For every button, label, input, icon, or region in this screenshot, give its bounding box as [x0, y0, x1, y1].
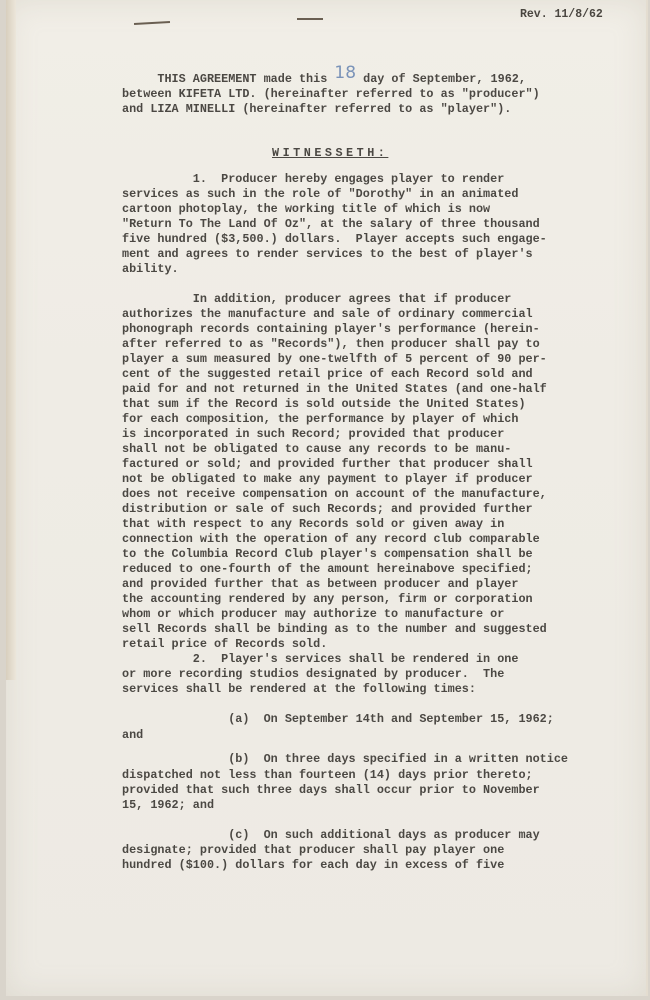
- paragraph-line: that sum if the Record is sold outside t…: [122, 397, 526, 412]
- handwritten-day: 18: [334, 66, 356, 81]
- paragraph-line: ment and agrees to render services to th…: [122, 247, 533, 262]
- paragraph-line: does not receive compensation on account…: [122, 487, 547, 502]
- paragraph-line: provided that such three days shall occu…: [122, 783, 540, 798]
- paragraph-line: "Return To The Land Of Oz", at the salar…: [122, 217, 540, 232]
- paragraph-line: 2. Player's services shall be rendered i…: [122, 652, 518, 667]
- paragraph-line: dispatched not less than fourteen (14) d…: [122, 768, 533, 783]
- paragraph-line: whom or which producer may authorize to …: [122, 607, 504, 622]
- paragraph-line: (c) On such additional days as producer …: [122, 828, 540, 843]
- staple-mark-left: [134, 21, 170, 25]
- paragraph-line: 1. Producer hereby engages player to ren…: [122, 172, 504, 187]
- paragraph-line: 15, 1962; and: [122, 798, 214, 813]
- paragraph-line: after referred to as "Records"), then pr…: [122, 337, 540, 352]
- preamble-line-3: and LIZA MINELLI (hereinafter referred t…: [122, 102, 511, 117]
- witnesseth-heading: WITNESSETH:: [272, 146, 388, 161]
- paragraph-line: is incorporated in such Record; provided…: [122, 427, 504, 442]
- paragraph-line: cartoon photoplay, the working title of …: [122, 202, 490, 217]
- paragraph-line: services as such in the role of "Dorothy…: [122, 187, 518, 202]
- preamble-line-2: between KIFETA LTD. (hereinafter referre…: [122, 87, 540, 102]
- paragraph-line: phonograph records containing player's p…: [122, 322, 540, 337]
- paragraph-line: sell Records shall be binding as to the …: [122, 622, 547, 637]
- document-page: Rev. 11/8/62 THIS AGREEMENT made this 18…: [6, 0, 648, 996]
- paragraph-line: In addition, producer agrees that if pro…: [122, 292, 511, 307]
- paragraph-line: designate; provided that producer shall …: [122, 843, 504, 858]
- paragraph-line: player a sum measured by one-twelfth of …: [122, 352, 547, 367]
- paragraph-line: factured or sold; and provided further t…: [122, 457, 533, 472]
- paragraph-line: the accounting rendered by any person, f…: [122, 592, 533, 607]
- paragraph-line: cent of the suggested retail price of ea…: [122, 367, 533, 382]
- paragraph-line: services shall be rendered at the follow…: [122, 682, 476, 697]
- paragraph-line: hundred ($100.) dollars for each day in …: [122, 858, 504, 873]
- paragraph-line: shall not be obligated to cause any reco…: [122, 442, 511, 457]
- paragraph-line: connection with the operation of any rec…: [122, 532, 540, 547]
- paragraph-line: not be obligated to make any payment to …: [122, 472, 533, 487]
- paragraph-line: and provided further that as between pro…: [122, 577, 518, 592]
- paragraph-line: distribution or sale of such Records; an…: [122, 502, 533, 517]
- staple-mark-right: [297, 18, 323, 20]
- paragraph-line: for each composition, the performance by…: [122, 412, 518, 427]
- paragraph-line: (a) On September 14th and September 15, …: [122, 712, 554, 727]
- paragraph-line: to the Columbia Record Club player's com…: [122, 547, 533, 562]
- paragraph-line: that with respect to any Records sold or…: [122, 517, 504, 532]
- paragraph-line: (b) On three days specified in a written…: [122, 752, 568, 767]
- paragraph-line: and: [122, 728, 143, 743]
- preamble-line-1: THIS AGREEMENT made this 18 day of Septe…: [122, 70, 526, 87]
- paragraph-line: ability.: [122, 262, 179, 277]
- page-left-edge: [6, 0, 16, 680]
- paragraph-line: authorizes the manufacture and sale of o…: [122, 307, 533, 322]
- paragraph-line: reduced to one-fourth of the amount here…: [122, 562, 533, 577]
- paragraph-line: five hundred ($3,500.) dollars. Player a…: [122, 232, 547, 247]
- paragraph-line: or more recording studios designated by …: [122, 667, 504, 682]
- revision-date: Rev. 11/8/62: [520, 8, 603, 21]
- paragraph-line: paid for and not returned in the United …: [122, 382, 547, 397]
- paragraph-line: retail price of Records sold.: [122, 637, 327, 652]
